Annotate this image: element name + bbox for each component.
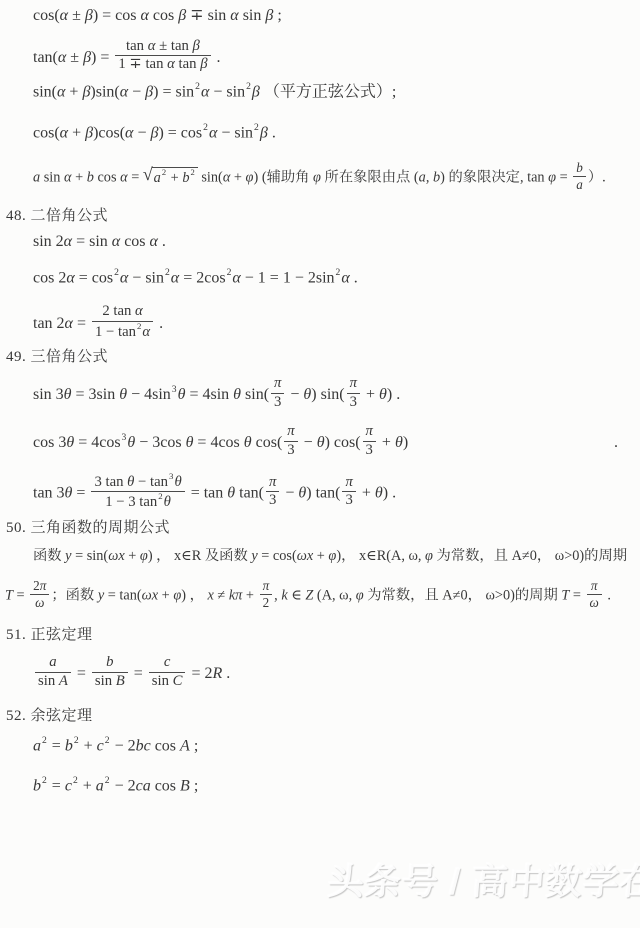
formula-line: a sin α + b cos α = √a2 + b2 sin(α + φ) … [33, 162, 632, 195]
watermark-text: 头条号 / 高中数学在线 [326, 854, 640, 905]
section-heading: 51. 正弦定理 [6, 626, 632, 646]
formula-line: cos 3θ = 4cos3θ − 3cos θ = 4cos θ cos(π3… [33, 425, 632, 461]
formula-sheet: cos(α ± β) = cos α cos β ∓ sin α sin β ;… [0, 0, 640, 797]
formula-line: cos(α ± β) = cos α cos β ∓ sin α sin β ; [33, 6, 632, 27]
formula-line: cos(α + β)cos(α − β) = cos2α − sin2β . [33, 123, 632, 144]
section-heading: 48. 二倍角公式 [6, 207, 632, 227]
paragraph-line: T = 2πω；函数 y = tan(ωx + φ) ， x ≠ kπ + π2… [5, 580, 632, 613]
section-heading: 52. 余弦定理 [6, 707, 632, 727]
formula-line: a2 = b2 + c2 − 2bc cos A ; [33, 736, 632, 757]
formula-line: sin 2α = sin α cos α . [33, 232, 632, 253]
formula-line: b2 = c2 + a2 − 2ca cos B ; [33, 776, 632, 797]
section-heading: 50. 三角函数的周期公式 [6, 519, 632, 539]
formula-line: asin A = bsin B = csin C = 2R . [33, 656, 632, 692]
formula-line: cos 2α = cos2α − sin2α = 2cos2α − 1 = 1 … [33, 268, 632, 289]
formula-line: sin 3θ = 3sin θ − 4sin3θ = 4sin θ sin(π3… [33, 377, 632, 413]
formula-line: tan 2α = 2 tan α1 − tan2α . [33, 305, 632, 343]
paragraph-line: 函数 y = sin(ωx + φ) ， x∈R 及函数 y = cos(ωx … [33, 547, 632, 566]
formula-line: sin(α + β)sin(α − β) = sin2α − sin2β （平方… [33, 82, 632, 103]
section-heading: 49. 三倍角公式 [6, 348, 632, 368]
formula-line: tan 3θ = 3 tan θ − tan3θ1 − 3 tan2θ = ta… [33, 474, 632, 514]
formula-line: tan(α ± β) = tan α ± tan β1 ∓ tan α tan … [33, 40, 632, 76]
document-page: cos(α ± β) = cos α cos β ∓ sin α sin β ;… [0, 0, 640, 928]
radical-sign: √ [143, 165, 153, 184]
